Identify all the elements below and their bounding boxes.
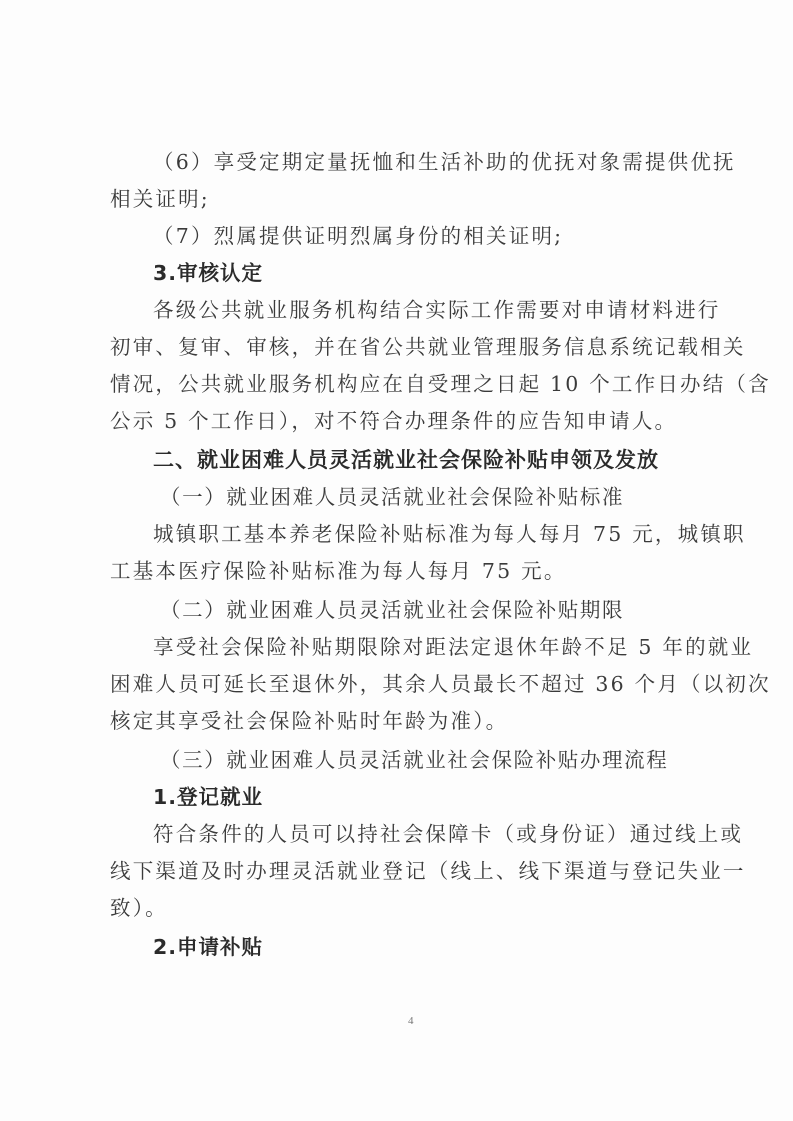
chapter-heading-two: 二、就业困难人员灵活就业社会保险补贴申领及发放 bbox=[153, 447, 743, 473]
paragraph-line: 线下渠道及时办理灵活就业登记（线上、线下渠道与登记失业一 bbox=[110, 858, 700, 884]
paragraph-line: 困难人员可延长至退休外，其余人员最长不超过 36 个月（以初次 bbox=[110, 671, 700, 697]
paragraph-line: 情况，公共就业服务机构应在自受理之日起 10 个工作日办结（含 bbox=[110, 371, 700, 397]
item-6-text-cont: 相关证明; bbox=[110, 186, 700, 212]
section-heading-review: 3.审核认定 bbox=[153, 260, 743, 286]
item-7-text: （7）烈属提供证明烈属身份的相关证明; bbox=[153, 223, 743, 249]
page-number: 4 bbox=[408, 1015, 414, 1027]
paragraph-line: 初审、复审、审核，并在省公共就业管理服务信息系统记载相关 bbox=[110, 334, 700, 360]
subsection-heading-process: （三）就业困难人员灵活就业社会保险补贴办理流程 bbox=[160, 747, 750, 773]
paragraph-line: 工基本医疗保险补贴标准为每人每月 75 元。 bbox=[110, 558, 700, 584]
paragraph-line: 享受社会保险补贴期限除对距法定退休年龄不足 5 年的就业 bbox=[153, 634, 743, 660]
paragraph-line: 致）。 bbox=[110, 895, 700, 921]
paragraph-line: 各级公共就业服务机构结合实际工作需要对申请材料进行 bbox=[153, 297, 743, 323]
subsection-heading-standard: （一）就业困难人员灵活就业社会保险补贴标准 bbox=[160, 484, 750, 510]
step-heading-register: 1.登记就业 bbox=[153, 784, 743, 810]
document-page: （6）享受定期定量抚恤和生活补助的优抚对象需提供优抚 相关证明; （7）烈属提供… bbox=[0, 0, 793, 1121]
paragraph-line: 核定其享受社会保险补贴时年龄为准）。 bbox=[110, 708, 700, 734]
subsection-heading-period: （二）就业困难人员灵活就业社会保险补贴期限 bbox=[160, 597, 750, 623]
item-6-text: （6）享受定期定量抚恤和生活补助的优抚对象需提供优抚 bbox=[153, 149, 743, 175]
paragraph-line: 公示 5 个工作日），对不符合办理条件的应告知申请人。 bbox=[110, 408, 700, 434]
step-heading-apply: 2.申请补贴 bbox=[153, 934, 743, 960]
paragraph-line: 城镇职工基本养老保险补贴标准为每人每月 75 元，城镇职 bbox=[153, 521, 743, 547]
paragraph-line: 符合条件的人员可以持社会保障卡（或身份证）通过线上或 bbox=[153, 821, 743, 847]
